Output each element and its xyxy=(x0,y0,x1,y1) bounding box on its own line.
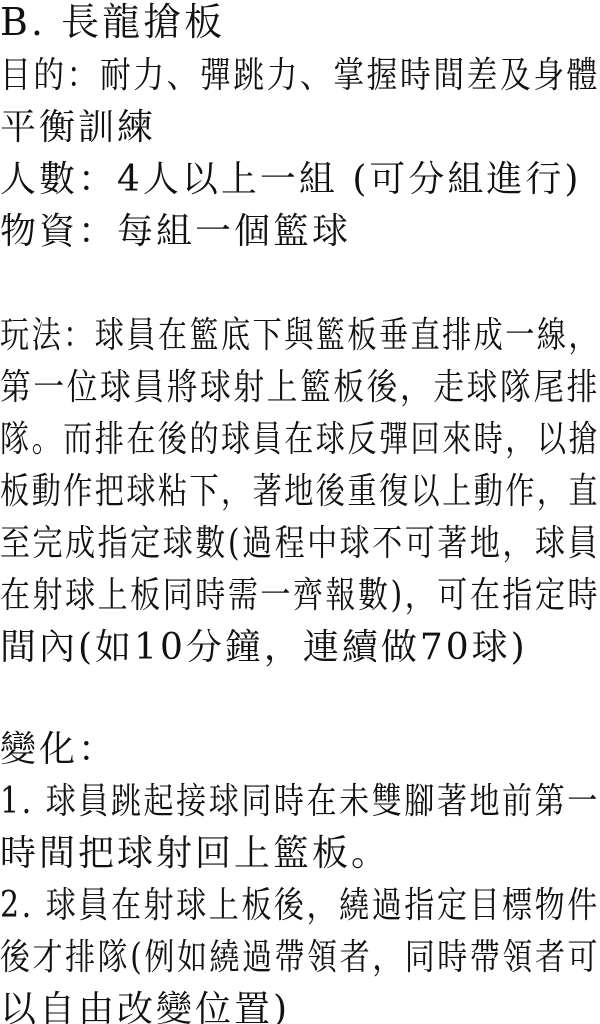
method-line-6: 在射球上板同時需一齊報數)，可在指定時 xyxy=(0,574,600,618)
variation-1-line-2: 時間把球射回上籃板。 xyxy=(0,832,390,876)
purpose-line-1: 目的：耐力、彈跳力、掌握時間差及身體 xyxy=(0,54,600,98)
method-line-7: 間內(如10分鐘，連續做70球) xyxy=(0,626,528,670)
method-line-5: 至完成指定球數(過程中球不可著地，球員 xyxy=(0,522,600,566)
method-line-2: 第一位球員將球射上籃板後，走球隊尾排 xyxy=(0,366,600,410)
variation-2-line-3: 以自由改變位置) xyxy=(0,988,290,1024)
variation-1-line-1: 1. 球員跳起接球同時在未雙腳著地前第一 xyxy=(0,780,600,824)
section-title: B. 長龍搶板 xyxy=(0,0,225,44)
variation-2-line-1: 2. 球員在射球上板後，繞過指定目標物件 xyxy=(0,884,600,928)
purpose-line-2: 平衡訓練 xyxy=(0,106,156,150)
method-line-3: 隊。而排在後的球員在球反彈回來時，以搶 xyxy=(0,418,600,462)
method-line-4: 板動作把球粘下，著地後重復以上動作，直 xyxy=(0,470,600,514)
variation-2-line-2: 後才排隊(例如繞過帶領者，同時帶領者可 xyxy=(0,936,600,980)
variations-heading: 變化： xyxy=(0,728,117,772)
equipment-line: 物資：每組一個籃球 xyxy=(0,210,351,254)
method-line-1: 玩法：球員在籃底下與籃板垂直排成一線， xyxy=(0,314,600,358)
players-line: 人數：4人以上一組 (可分組進行) xyxy=(0,158,581,202)
